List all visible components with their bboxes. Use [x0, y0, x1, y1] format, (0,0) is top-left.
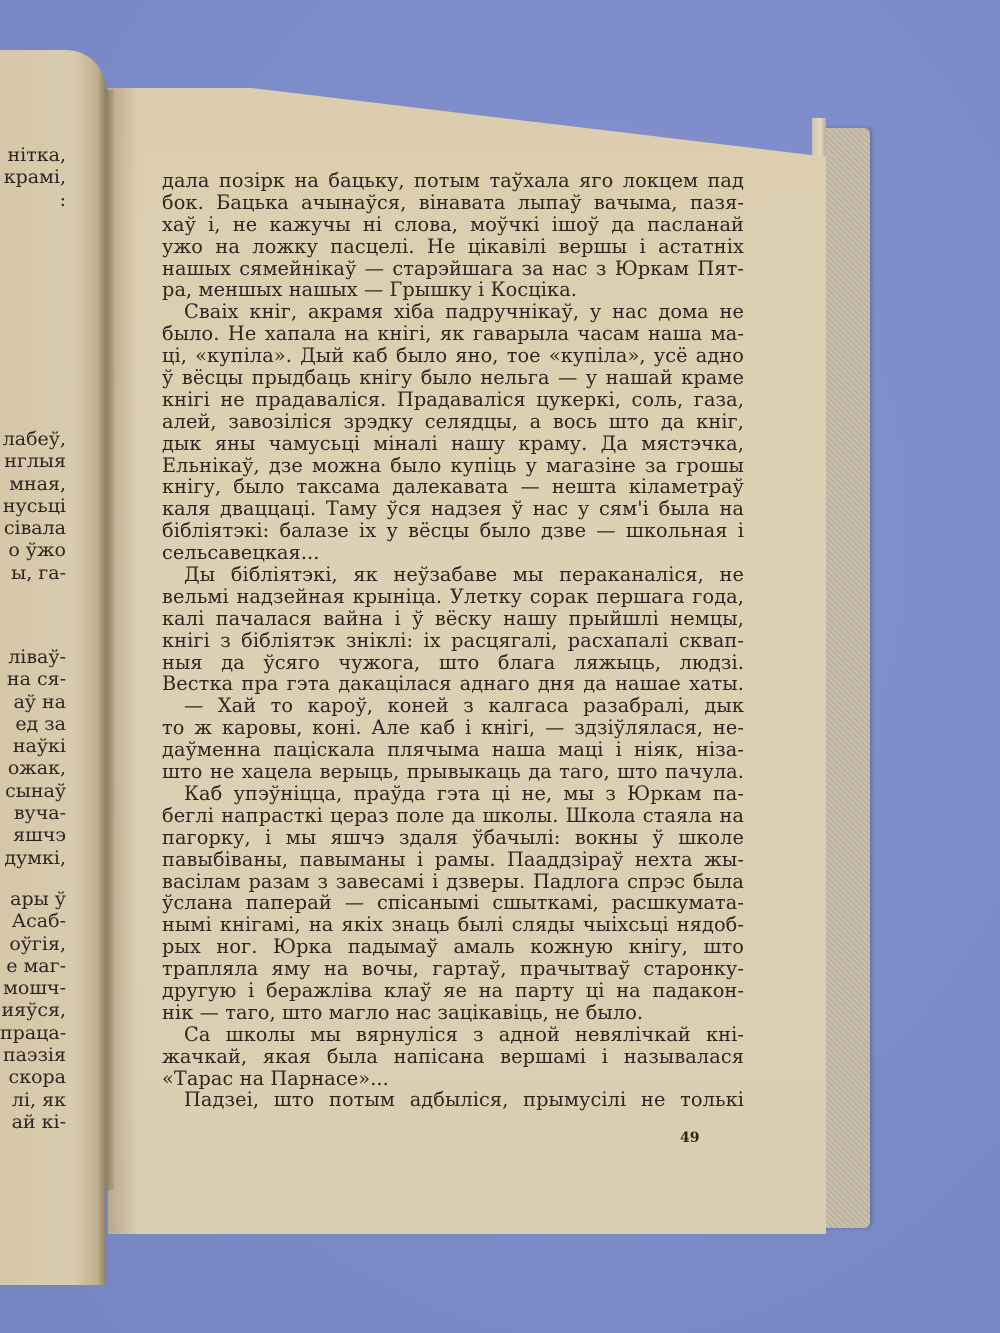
text-line: васілам разам з завесамі і дзверы. Падло… — [162, 871, 744, 893]
text-line: нік — таго, што магло нас зацікавіць, не… — [162, 1002, 744, 1024]
left-line: ед за — [0, 713, 66, 735]
text-line: Вестка пра гэта дакацілася аднаго дня да… — [162, 673, 744, 695]
left-line: лі, як — [0, 1089, 66, 1111]
left-line: думкі, — [0, 847, 66, 869]
text-line: што не хацела верыць, прывыкаць да таго,… — [162, 761, 744, 783]
left-line: нітка, — [0, 144, 66, 166]
text-line: ра, меншых нашых — Грышку і Косціка. — [162, 279, 744, 301]
text-line: нашых сямейнікаў — старэйшага за нас з Ю… — [162, 258, 744, 280]
text-line: пагорку, і мы яшчэ здаля ўбачылі: вокны … — [162, 827, 744, 849]
left-line: ы, га- — [0, 562, 66, 584]
text-line: Ды бібліятэкі, як неўзабаве мы пераканал… — [162, 564, 744, 586]
left-line: ары ў — [0, 888, 66, 910]
text-line: дык яны чамусьці міналі нашу краму. Да м… — [162, 433, 744, 455]
text-line: Са школы мы вярнуліся з адной невялічкай… — [162, 1024, 744, 1046]
text-line: то ж каровы, коні. Але каб і кнігі, — зд… — [162, 717, 744, 739]
text-line: алей, завозіліся зрэдку селядцы, а вось … — [162, 411, 744, 433]
left-line: наўкі — [0, 735, 66, 757]
left-page-text: нітка, крамі, : лабеў, нглыя мная, нусьц… — [0, 0, 106, 1333]
text-line: дала позірк на бацьку, потым таўхала яго… — [162, 170, 744, 192]
left-line: паэзія — [0, 1044, 66, 1066]
text-line: было. Не хапала на кнігі, як гаварыла ча… — [162, 323, 744, 345]
text-line: ўслана паперай — спісанымі сшыткамі, рас… — [162, 892, 744, 914]
left-line: : — [0, 189, 66, 211]
text-line: ныя да ўсяго чужога, што блага ляжыць, л… — [162, 652, 744, 674]
text-line: Падзеі, што потым адбыліся, прымусілі не… — [162, 1089, 744, 1111]
left-line: вуча- — [0, 802, 66, 824]
left-line: ожак, — [0, 757, 66, 779]
text-line: ў вёсцы прыдбаць кнігу было нельга — у н… — [162, 367, 744, 389]
text-line: каля дваццаці. Таму ўся надзея ў нас у с… — [162, 498, 744, 520]
left-line: яшчэ — [0, 824, 66, 846]
text-line: Сваіх кніг, акрамя хіба падручнікаў, у н… — [162, 301, 744, 323]
left-line: крамі, — [0, 166, 66, 188]
text-line: вельмі надзейная крыніца. Улетку сорак п… — [162, 586, 744, 608]
left-line: праца- — [0, 1022, 66, 1044]
left-line: оўгія, — [0, 933, 66, 955]
text-line: даўменна паціскала плячыма наша маці і н… — [162, 739, 744, 761]
left-line: сівала — [0, 517, 66, 539]
text-line: кнігу, было таксама далекавата — нешта к… — [162, 476, 744, 498]
text-line: ужо на ложку пасцелі. Не цікавілі вершы … — [162, 236, 744, 258]
text-line: сельсавецкая... — [162, 542, 744, 564]
left-line: о ўжо — [0, 539, 66, 561]
text-line: нымі кнігамі, на якіх знаць былі сляды ч… — [162, 914, 744, 936]
page-number: 49 — [680, 1130, 699, 1146]
page-body-text: дала позірк на бацьку, потым таўхала яго… — [162, 170, 744, 1111]
left-line: е маг- — [0, 955, 66, 977]
text-line: бок. Бацька ачынаўся, вінавата лыпаў вач… — [162, 192, 744, 214]
text-line: трапляла яму на вочы, гартаў, прачытваў … — [162, 958, 744, 980]
left-line: лабеў, — [0, 428, 66, 450]
book-back-cover — [820, 128, 870, 1228]
left-line: на ся- — [0, 668, 66, 690]
left-fragments-middle: лабеў, нглыя мная, нусьці сівала о ўжо ы… — [0, 428, 106, 584]
text-line: бібліятэкі: балазе іх у вёсцы было дзве … — [162, 520, 744, 542]
left-line: скора — [0, 1066, 66, 1088]
left-fragments-top: нітка, крамі, : — [0, 144, 106, 211]
left-line: нусьці — [0, 495, 66, 517]
left-line: нглыя — [0, 450, 66, 472]
left-line: мошч- — [0, 977, 66, 999]
text-line: жачкай, якая была напісана вершамі і наз… — [162, 1046, 744, 1068]
left-line: мная, — [0, 473, 66, 495]
text-line: павыбіваны, павыманы і рамы. Пааддзіраў … — [162, 849, 744, 871]
text-line: калі пачалася вайна і ў вёску нашу прыйш… — [162, 608, 744, 630]
left-line: ліваў- — [0, 646, 66, 668]
text-line: «Тарас на Парнасе»... — [162, 1068, 744, 1090]
text-line: — Хай то кароў, коней з калгаса разабрал… — [162, 695, 744, 717]
left-line: ай кі- — [0, 1111, 66, 1133]
left-fragments-bottom: ары ў Асаб- оўгія, е маг- мошч- ияўся, п… — [0, 888, 106, 1133]
left-fragments-lower: ліваў- на ся- аў на ед за наўкі ожак, сы… — [0, 646, 106, 869]
text-line: кнігі з бібліятэк зніклі: іх расцягалі, … — [162, 630, 744, 652]
left-line: аў на — [0, 691, 66, 713]
text-line: хаў і, не кажучы ні слова, моўчкі ішоў д… — [162, 214, 744, 236]
text-line: кнігі не прадаваліся. Прадаваліся цукерк… — [162, 389, 744, 411]
text-line: ці, «купіла». Дый каб было яно, тое «куп… — [162, 345, 744, 367]
text-line: рых ног. Юрка падымаў амаль кожную кнігу… — [162, 936, 744, 958]
text-line: беглі напраcткі цераз поле да школы. Шко… — [162, 805, 744, 827]
left-line: Асаб- — [0, 910, 66, 932]
left-line: сынаў — [0, 780, 66, 802]
text-line: Ельнікаў, дзе можна было купіць у магазі… — [162, 455, 744, 477]
left-line: ияўся, — [0, 999, 66, 1021]
text-line: Каб упэўніцца, праўда гэта ці не, мы з Ю… — [162, 783, 744, 805]
text-line: другую і беражліва клаў яе на парту ці н… — [162, 980, 744, 1002]
